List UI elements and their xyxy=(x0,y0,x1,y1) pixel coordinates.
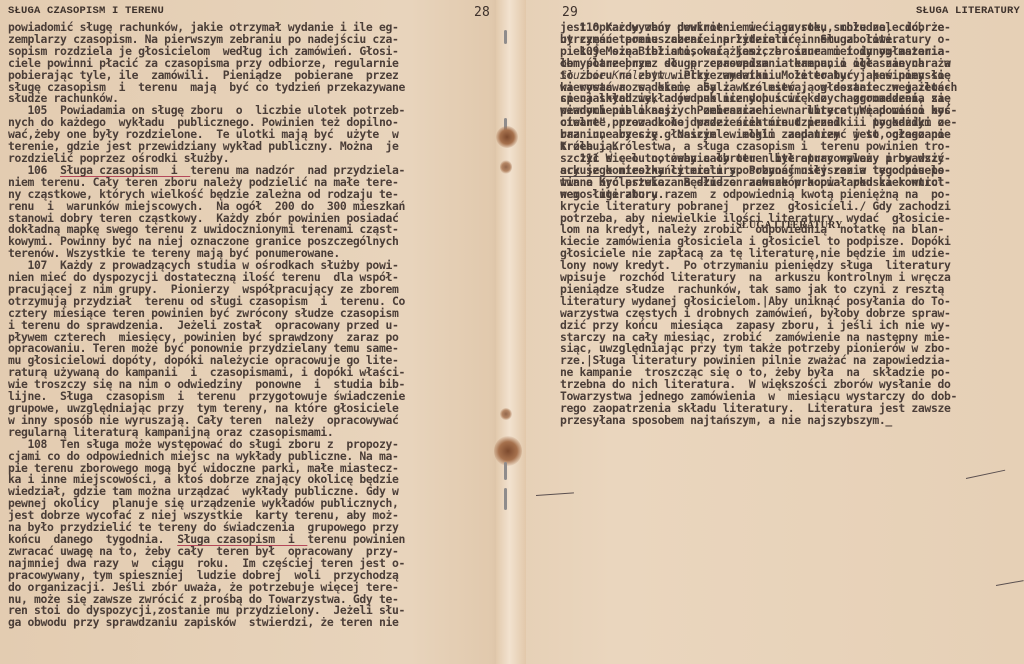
text-line: ga obwodu przy sprawdzaniu zapisków stwi… xyxy=(8,617,490,629)
rust-stain xyxy=(500,408,512,420)
right-body-text-bottom: 110 Każdy zbór powinien mieć czyste, sch… xyxy=(560,22,1024,427)
rust-stain xyxy=(494,436,522,466)
binding-gutter xyxy=(496,0,526,664)
left-body-text: powiadomić sługę rachunków, jakie otrzym… xyxy=(8,22,490,629)
rust-stain xyxy=(496,126,518,148)
rust-stain xyxy=(500,160,512,174)
right-page: 29 SŁUGA LITERATURY jest opracowywany dw… xyxy=(526,0,1024,664)
staple-mark xyxy=(504,462,507,480)
right-running-head: 29 SŁUGA LITERATURY xyxy=(562,5,1020,20)
right-page-number: 29 xyxy=(562,5,578,20)
left-running-head-title: SŁUGA CZASOPISM I TERENU xyxy=(8,5,164,20)
pencil-margin-mark xyxy=(966,470,1005,479)
right-running-head-title: SŁUGA LITERATURY xyxy=(916,5,1020,20)
text-line: braniu, aby się głosiciele mogli zaopatr… xyxy=(560,129,1024,141)
left-page: SŁUGA CZASOPISM I TERENU 28 powiadomić s… xyxy=(0,0,498,664)
left-page-number: 28 xyxy=(474,5,490,20)
pencil-margin-mark xyxy=(996,580,1024,586)
left-running-head: SŁUGA CZASOPISM I TERENU 28 xyxy=(8,5,490,20)
staple-mark xyxy=(504,488,507,510)
staple-mark xyxy=(504,30,507,44)
pencil-margin-mark xyxy=(536,492,574,496)
text-line: przesyłana sposobem najtańszym, a nie na… xyxy=(560,415,1024,427)
